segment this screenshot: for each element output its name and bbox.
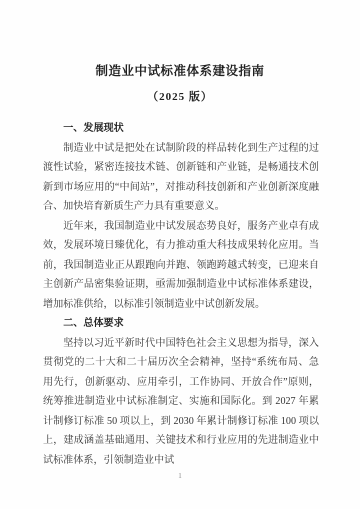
document-edition: （2025 版） xyxy=(0,88,360,104)
document-title: 制造业中试标准体系建设指南 xyxy=(0,0,360,79)
document-page: 制造业中试标准体系建设指南 （2025 版） 一、发展现状制造业中试是把处在试制… xyxy=(0,0,360,509)
section-heading: 二、总体要求 xyxy=(43,314,319,334)
section-heading: 一、发展现状 xyxy=(43,119,319,139)
paragraph: 近年来，我国制造业中试发展态势良好，服务产业卓有成效，发展环境日臻优化，有力推动… xyxy=(43,217,319,315)
document-body: 一、发展现状制造业中试是把处在试制阶段的样品转化到生产过程的过渡性试验，紧密连接… xyxy=(43,119,319,470)
paragraph: 制造业中试是把处在试制阶段的样品转化到生产过程的过渡性试验，紧密连接技术链、创新… xyxy=(43,139,319,217)
page-number: 1 xyxy=(0,472,360,480)
paragraph: 坚持以习近平新时代中国特色社会主义思想为指导，深入贯彻党的二十大和二十届历次全会… xyxy=(43,334,319,471)
